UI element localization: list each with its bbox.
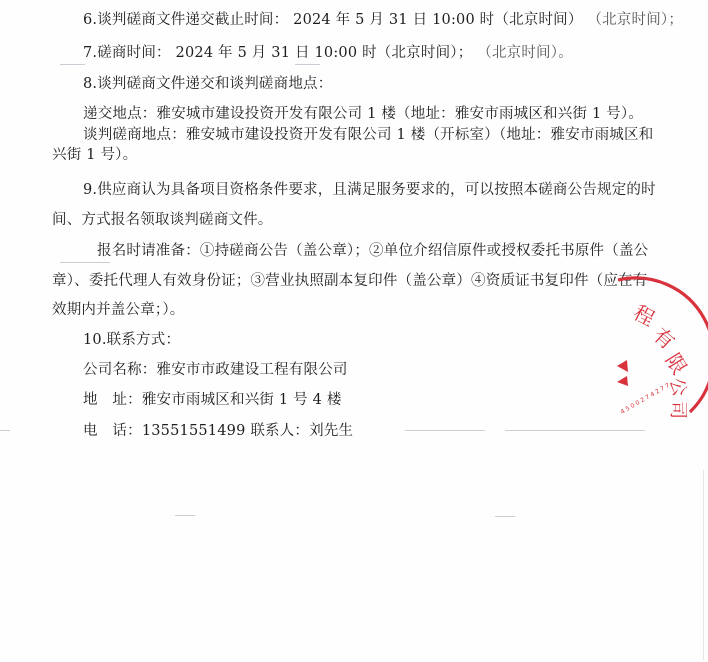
scan-artifact [175, 515, 195, 516]
scan-artifact [495, 516, 515, 517]
item-7-value: 2024 年 5 月 31 日 10:00 时（北京时间）； [176, 45, 473, 61]
item-6-label: 6.谈判磋商文件递交截止时间： [83, 12, 288, 28]
svg-text:公: 公 [665, 376, 690, 399]
item-9-prep-line1: 报名时请准备：①持磋商公告（盖公章）；②单位介绍信原件或授权委托书原件（盖公 [97, 241, 648, 261]
item-9-line2: 间、方式报名领取谈判磋商文件。 [52, 210, 273, 230]
item-7-label: 7.磋商时间： [83, 45, 171, 61]
scan-artifact [405, 430, 485, 431]
scan-artifact [505, 430, 645, 431]
item-7-tail: （北京时间）。 [477, 45, 573, 61]
item-10-heading: 10.联系方式： [83, 330, 180, 350]
page-edge [703, 470, 704, 660]
item-6-submission-deadline: 6.谈判磋商文件递交截止时间： 2024 年 5 月 31 日 10:00 时（… [83, 10, 683, 30]
svg-text:程: 程 [630, 300, 659, 331]
svg-text:4 5 0 0 2 7 4 2 7 7: 4 5 0 0 2 7 4 2 7 7 [620, 382, 672, 416]
address-label: 地 址： [83, 392, 142, 408]
item-8-negotiation-location-line2: 兴街 1 号）。 [52, 145, 137, 165]
address-value: 雅安市雨城区和兴街 1 号 4 楼 [142, 392, 342, 408]
item-10-address: 地 址：雅安市雨城区和兴街 1 号 4 楼 [83, 390, 342, 410]
item-10-company: 公司名称：雅安市市政建设工程有限公司 [83, 360, 348, 380]
svg-text:司: 司 [667, 401, 688, 419]
phone-value: 13551551499 [142, 423, 246, 439]
phone-label: 电 话： [83, 423, 142, 439]
item-8-negotiation-location-line1: 谈判磋商地点：雅安城市建设投资开发有限公司 1 楼（开标室）（地址：雅安市雨城区… [83, 125, 653, 145]
svg-text:有: 有 [649, 323, 680, 354]
contact-label: 联系人： [250, 423, 309, 439]
scan-artifact [60, 64, 85, 65]
item-6-value: 2024 年 5 月 31 日 10:00 时（北京时间） [293, 12, 582, 28]
item-9-line1: 9.供应商认为具备项目资格条件要求，且满足服务要求的，可以按照本磋商公告规定的时 [83, 180, 656, 200]
item-7-negotiation-time: 7.磋商时间： 2024 年 5 月 31 日 10:00 时（北京时间）； （… [83, 43, 573, 63]
item-9-prep-line3: 效期内并盖公章；）。 [52, 300, 185, 320]
scan-artifact [60, 262, 110, 263]
scan-artifact [0, 430, 10, 431]
scan-artifact [295, 64, 320, 65]
company-value: 雅安市市政建设工程有限公司 [157, 362, 348, 378]
item-8-submit-location: 递交地点：雅安城市建设投资开发有限公司 1 楼（地址：雅安市雨城区和兴街 1 号… [83, 104, 643, 124]
item-10-phone: 电 话：13551551499 联系人：刘先生 [83, 421, 353, 441]
contact-value: 刘先生 [309, 423, 353, 439]
company-label: 公司名称： [83, 362, 157, 378]
item-8-heading: 8.谈判磋商文件递交和谈判磋商地点： [83, 74, 332, 94]
svg-text:限: 限 [661, 349, 692, 379]
item-9-prep-line2: 章）、委托代理人有效身份证；③营业执照副本复印件（盖公章）④资质证书复印件（应在… [52, 271, 647, 291]
item-6-tail: （北京时间）； [587, 12, 683, 28]
document-page: 6.谈判磋商文件递交截止时间： 2024 年 5 月 31 日 10:00 时（… [0, 0, 708, 662]
